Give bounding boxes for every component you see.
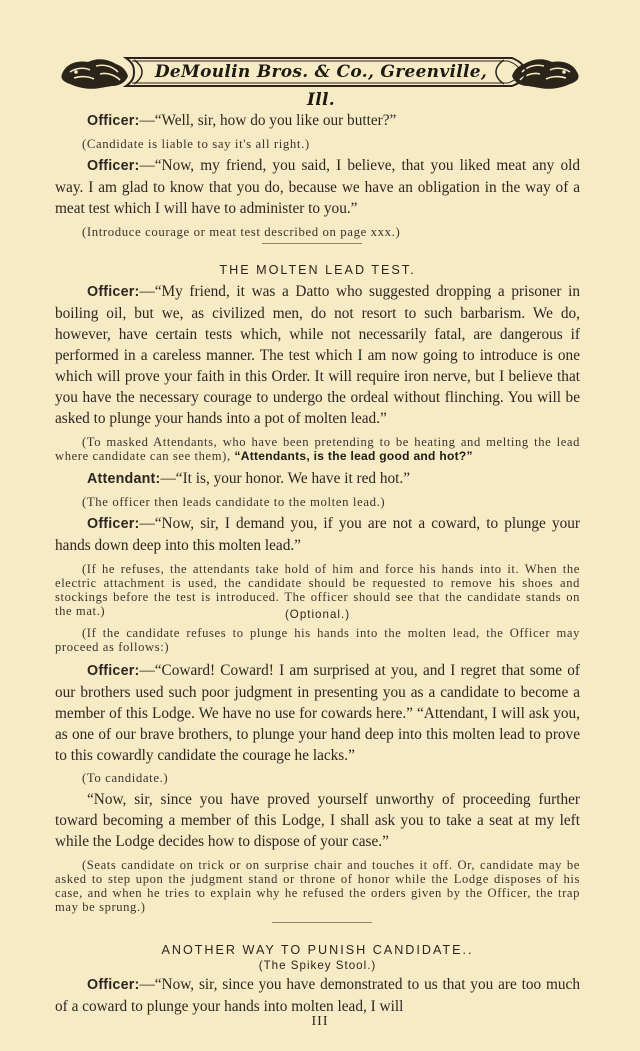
stage-direction: (Seats candidate on trick or on surprise… xyxy=(55,858,580,914)
officer-dismissal: “Now, sir, since you have proved yoursel… xyxy=(55,789,580,852)
speaker-label: Officer: xyxy=(87,977,139,993)
molten-lead-dialogue: Officer:—“My friend, it was a Datto who … xyxy=(55,281,580,618)
stage-direction: (If the candidate refuses to plunge his … xyxy=(55,626,580,654)
optional-dialogue: (If the candidate refuses to plunge his … xyxy=(55,626,580,914)
officer-speech: Officer:—“My friend, it was a Datto who … xyxy=(55,281,580,429)
lion-left-icon xyxy=(61,59,128,89)
stage-direction: (Candidate is liable to say it's all rig… xyxy=(55,135,580,153)
stage-direction: (To candidate.) xyxy=(55,769,580,787)
officer-demand: Officer:—“Now, sir, I demand you, if you… xyxy=(55,513,580,556)
attendant-line: Attendant:—“It is, your honor. We have i… xyxy=(55,468,580,490)
officer-coward-speech: Officer:—“Coward! Coward! I am surprised… xyxy=(55,660,580,766)
speaker-label: Officer: xyxy=(87,113,139,129)
book-page: DeMoulin Bros. & Co., Greenville, Ill. O… xyxy=(0,0,640,1051)
speaker-label: Attendant: xyxy=(87,471,160,487)
direction-quote: “Attendants, is the lead good and hot?” xyxy=(234,449,472,463)
spikey-stool-dialogue: Officer:—“Now, sir, since you have demon… xyxy=(55,974,580,1017)
officer-speech: Officer:—“Now, sir, since you have demon… xyxy=(55,974,580,1017)
section-heading: ANOTHER WAY TO PUNISH CANDIDATE.. xyxy=(55,943,580,957)
stage-direction: (To masked Attendants, who have been pre… xyxy=(55,435,580,463)
officer-line-2: Officer:—“Now, my friend, you said, I be… xyxy=(55,155,580,219)
speaker-label: Officer: xyxy=(87,516,139,532)
speaker-label: Officer: xyxy=(87,663,139,679)
stage-direction: (Introduce courage or meat test describe… xyxy=(55,223,580,241)
dialogue-text: —“My friend, it was a Datto who suggeste… xyxy=(55,283,580,427)
section-divider xyxy=(272,922,372,923)
stage-direction: (The officer then leads candidate to the… xyxy=(55,493,580,511)
header-banner: DeMoulin Bros. & Co., Greenville, Ill. xyxy=(60,52,580,92)
publisher-banner-text: DeMoulin Bros. & Co., Greenville, Ill. xyxy=(146,58,496,86)
speaker-label: Officer: xyxy=(87,158,139,174)
section-heading: THE MOLTEN LEAD TEST. xyxy=(55,263,580,277)
butter-dialogue: Officer:—“Well, sir, how do you like our… xyxy=(55,110,580,241)
optional-label: (Optional.) xyxy=(55,608,580,621)
speaker-label: Officer: xyxy=(87,284,139,300)
section-subheading: (The Spikey Stool.) xyxy=(55,959,580,972)
dialogue-text: —“It is, your honor. We have it red hot.… xyxy=(160,470,410,487)
page-number: III xyxy=(0,1014,640,1030)
section-divider xyxy=(262,243,362,244)
dialogue-text: —“Well, sir, how do you like our butter?… xyxy=(139,112,396,129)
officer-line-1: Officer:—“Well, sir, how do you like our… xyxy=(55,110,580,132)
